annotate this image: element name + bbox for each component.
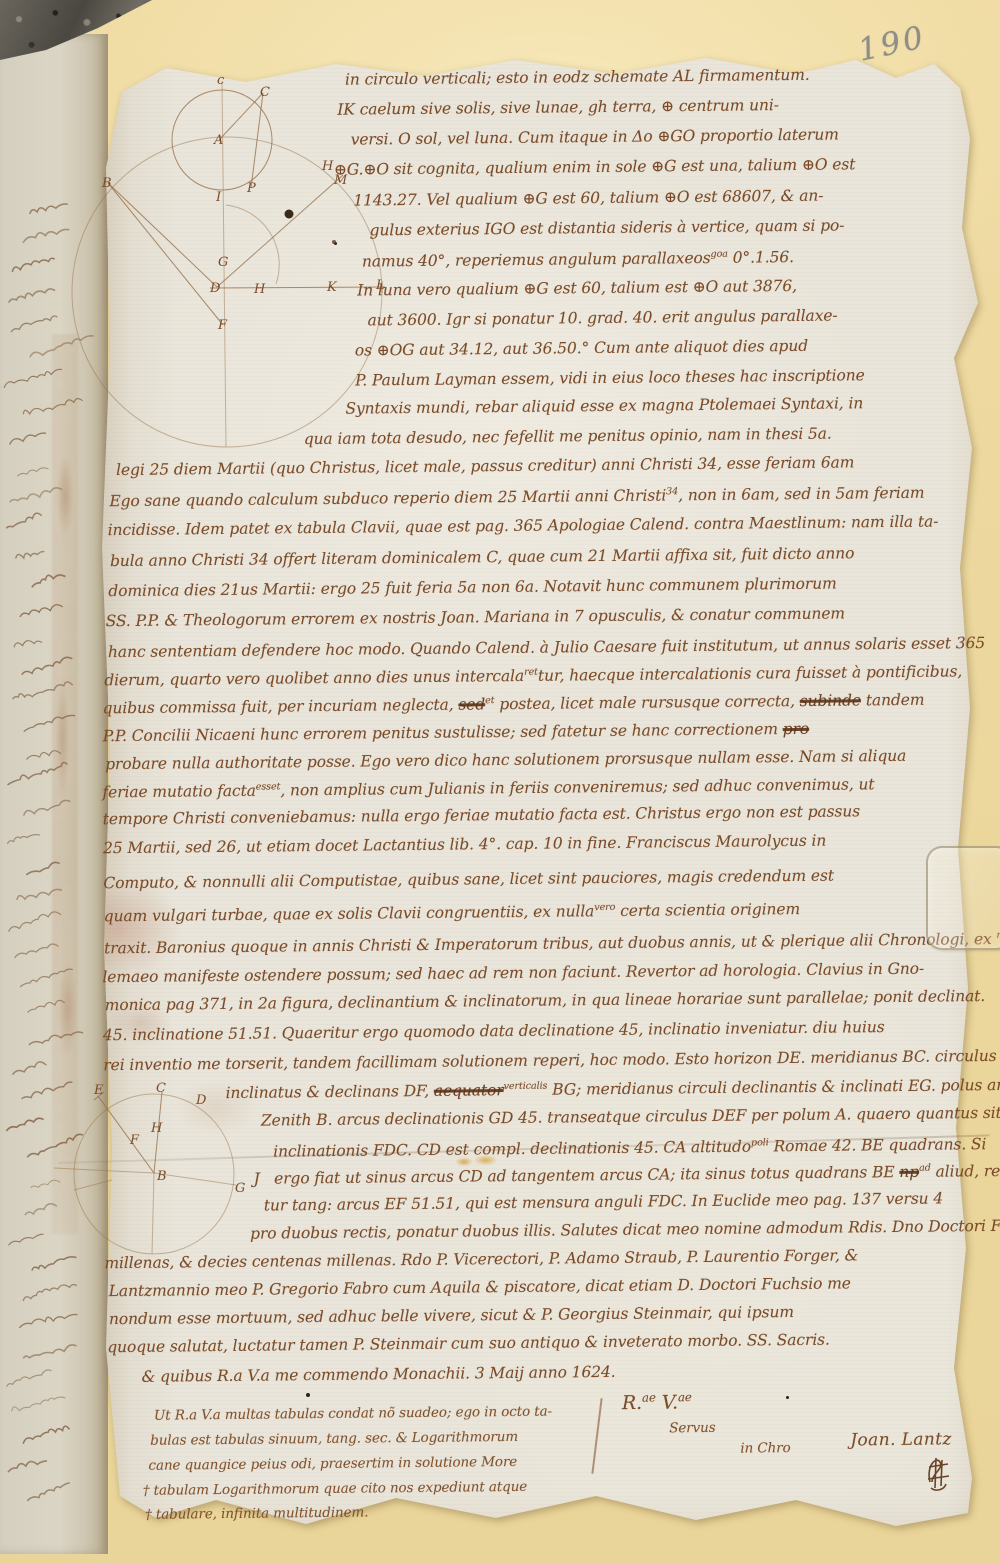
- manuscript-line: tur tang: arcus EF 51.51, qui est mensur…: [264, 1191, 943, 1214]
- manuscript-line: bula anno Christi 34 offert literam domi…: [110, 546, 854, 569]
- manuscript-line: tempore Christi conveniebamus: nulla erg…: [103, 804, 860, 827]
- manuscript-line: 25 Martii, sed 26, ut etiam docet Lactan…: [103, 834, 826, 857]
- manuscript-line: nondum esse mortuum, sed adhuc belle viv…: [109, 1305, 794, 1328]
- manuscript-line: versi. O sol, vel luna. Cum itaque in Δo…: [351, 127, 839, 148]
- manuscript-line: † tabulam Logarithmorum quae cito nos ex…: [143, 1481, 528, 1499]
- manuscript-line: inclinationis FDC. CD est compl. declina…: [273, 1136, 986, 1160]
- manuscript-line: quoque salutat, luctatur tamen P. Steinm…: [107, 1333, 830, 1356]
- valediction-servus: Servus: [669, 1422, 715, 1436]
- manuscript-line: Lantzmannio meo P. Gregorio Fabro cum Aq…: [109, 1276, 851, 1299]
- manuscript-line: J ergo fiat ut sinus arcus CD ad tangent…: [253, 1162, 1000, 1187]
- manuscript-line: feriae mutatio factaesset, non amplius c…: [102, 776, 874, 801]
- manuscript-line: probare nulla authoritate posse. Ego ver…: [105, 749, 906, 773]
- manuscript-line: Zenith B. arcus declinationis GD 45. tra…: [261, 1105, 1000, 1129]
- manuscript-scan: { "page": { "folio_number": "190", "plac…: [0, 0, 1000, 1564]
- manuscript-line: monica pag 371, in 2a figura, declinanti…: [105, 989, 986, 1014]
- manuscript-line: quibus commissa fuit, per incuriam negle…: [102, 692, 924, 717]
- manuscript-line: in circulo verticali; esto in eodz schem…: [345, 68, 810, 88]
- signature: Joan. Lantz: [850, 1431, 952, 1449]
- manuscript-line: quam vulgari turbae, quae ex solis Clavi…: [104, 901, 800, 925]
- film-tab: [926, 846, 1000, 950]
- valediction-in-christo: in Chro: [740, 1442, 790, 1456]
- manuscript-line: dierum, quarto vero quolibet anno dies u…: [104, 663, 962, 689]
- manuscript-line: gulus exterius IGO est distantia sideris…: [370, 218, 845, 238]
- manuscript-line: incidisse. Idem patet ex tabula Clavii, …: [108, 514, 939, 538]
- manuscript-line: qua iam tota desudo, nec fefellit me pen…: [304, 427, 832, 448]
- manuscript-line: dominica dies 21us Martii: ergo 25 fuit …: [108, 577, 836, 600]
- manuscript-line: In luna vero qualium ⊕G est 60, talium e…: [357, 279, 797, 299]
- valediction: R.ae V.ae: [622, 1392, 692, 1413]
- manuscript-line: millenas, & decies centenas millenas. Rd…: [104, 1248, 858, 1271]
- manuscript-line: inclinatus & declinans DF, aequatorverti…: [226, 1076, 1000, 1101]
- manuscript-line: IK caelum sive solis, sive lunae, gh ter…: [337, 98, 779, 118]
- manuscript-line: P.P. Concilii Nicaeni hunc errorem penit…: [103, 722, 809, 745]
- manuscript-line: bulas est tabulas sinuum, tang. sec. & L…: [150, 1431, 518, 1448]
- manuscript-line: aut 3600. Igr si ponatur 10. grad. 40. e…: [367, 308, 837, 328]
- manuscript-line: Syntaxis mundi, rebar aliquid esse ex ma…: [345, 396, 863, 417]
- manuscript-line: cane quangice peius odi, praesertim in s…: [148, 1456, 517, 1473]
- manuscript-line: os ⊕OG aut 34.12, aut 36.50.° Cum ante a…: [355, 339, 808, 359]
- manuscript-line: traxit. Baronius quoque in annis Christi…: [104, 930, 1000, 957]
- manuscript-line: Computo, & nonnulli alii Computistae, qu…: [103, 869, 834, 892]
- paraph-flourish: [922, 1452, 956, 1492]
- manuscript-line: 1143.27. Vel qualium ⊕G est 60, talium ⊕…: [353, 189, 823, 209]
- manuscript-line: pro duobus rectis, ponatur duobus illis.…: [250, 1218, 1000, 1242]
- manuscript-line: † tabulare, infinita multitudinem.: [145, 1506, 368, 1522]
- manuscript-line: hanc sententiam defendere hoc modo. Quan…: [108, 636, 985, 661]
- manuscript-line: 45. inclinatione 51.51. Quaeritur ergo q…: [103, 1020, 885, 1044]
- letter-body: in circulo verticali; esto in eodz schem…: [0, 0, 1000, 1564]
- manuscript-line: namus 40°, reperiemus angulum parallaxeo…: [362, 249, 794, 270]
- manuscript-line: & quibus R.a V.a me commendo Monachii. 3…: [142, 1365, 616, 1385]
- manuscript-line: Ego sane quando calculum subduco reperio…: [109, 485, 924, 510]
- manuscript-line: Ut R.a V.a multas tabulas condat nõ suad…: [154, 1406, 552, 1424]
- manuscript-line: P. Paulum Layman essem, vidi in eius loc…: [355, 368, 865, 389]
- manuscript-line: rei inventio me torserit, tandem facilli…: [103, 1049, 996, 1074]
- manuscript-line: SS. P.P. & Theologorum errorem ex nostri…: [106, 606, 845, 629]
- manuscript-line: ⊕G.⊕O sit cognita, qualium enim in sole …: [334, 157, 855, 178]
- manuscript-line: legi 25 diem Martii (quo Christus, licet…: [116, 455, 854, 478]
- manuscript-line: lemaeo manifeste ostendere possum; sed h…: [102, 962, 924, 986]
